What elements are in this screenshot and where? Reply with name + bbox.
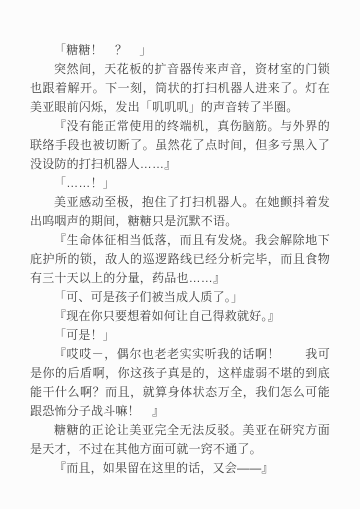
paragraph: 『现在你只要想着如何让自己得救就好。』 xyxy=(30,307,330,326)
paragraph: 「可是！」 xyxy=(30,326,330,345)
paragraph: 『而且，如果留在这里的话，又会——』 xyxy=(30,459,330,478)
paragraph: 『哎哎－，偶尔也老老实实听我的话啊！ 我可是你的后盾啊，你这孩子真是的，这样虚弱… xyxy=(30,345,330,421)
paragraph: 『没有能正常使用的终端机，真伤脑筋。与外界的联络手段也被切断了。虽然花了点时间，… xyxy=(30,117,330,174)
paragraph: 『生命体征相当低落，而且有发烧。我会解除地下庇护所的锁，敌人的巡逻路线已经分析完… xyxy=(30,231,330,288)
reader-page: 「糖糖！ ？ 」突然间，天花板的扩音器传来声音，资材室的门锁也跟着解开。下一刻，… xyxy=(0,0,360,509)
paragraph: 糖糖的正论让美亚完全无法反驳。美亚在研究方面是天才，不过在其他方面可就一窍不通了… xyxy=(30,421,330,459)
paragraph: 美亚感动至极，抱住了打扫机器人。在她颤抖着发出呜咽声的期间，糖糖只是沉默不语。 xyxy=(30,193,330,231)
paragraph: 突然间，天花板的扩音器传来声音，资材室的门锁也跟着解开。下一刻，筒状的打扫机器人… xyxy=(30,60,330,117)
paragraph: 「……！」 xyxy=(30,174,330,193)
novel-text-column: 「糖糖！ ？ 」突然间，天花板的扩音器传来声音，资材室的门锁也跟着解开。下一刻，… xyxy=(30,41,330,478)
paragraph: 「可、可是孩子们被当成人质了。」 xyxy=(30,288,330,307)
paragraph: 「糖糖！ ？ 」 xyxy=(30,41,330,60)
